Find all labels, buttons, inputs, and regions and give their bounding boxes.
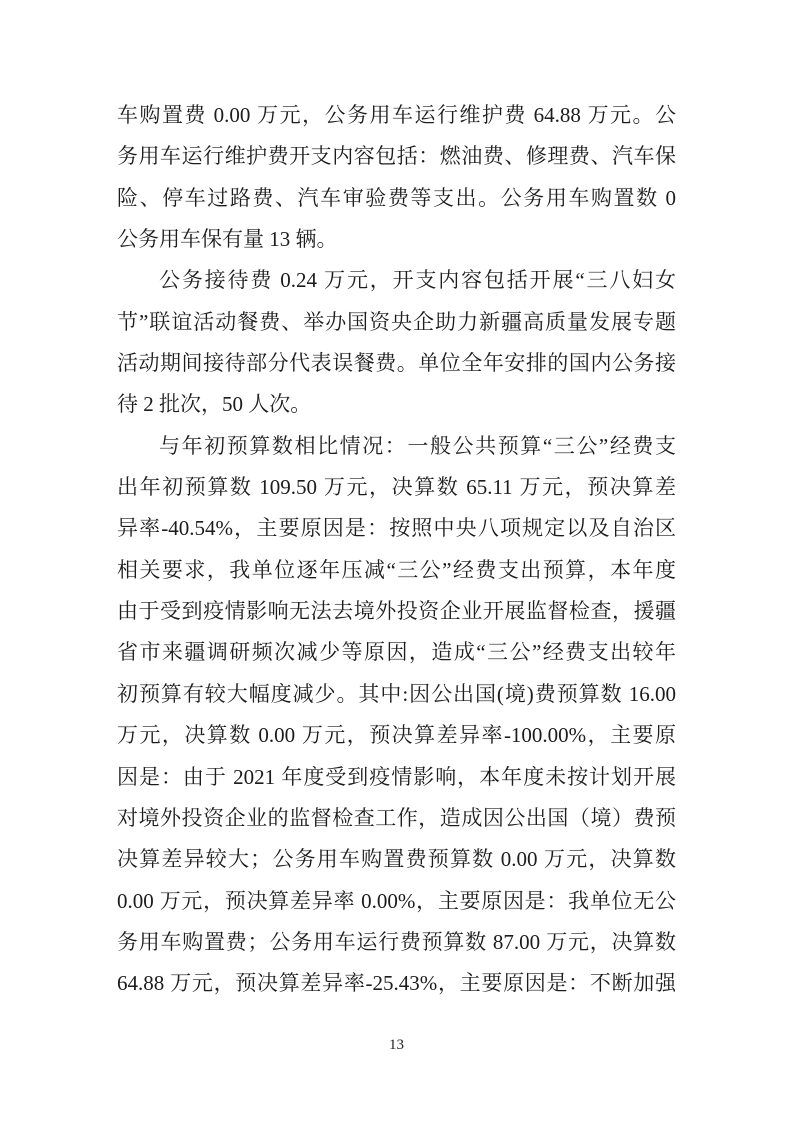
text-line: 务用车购置费；公务用车运行费预算数 87.00 万元，决算数	[117, 922, 676, 963]
text-line: 相关要求，我单位逐年压减“三公”经费支出预算，本年度	[117, 550, 676, 591]
text-line: 由于受到疫情影响无法去境外投资企业开展监督检查，援疆	[117, 591, 676, 632]
text-line: 节”联谊活动餐费、举办国资央企助力新疆高质量发展专题	[117, 302, 676, 343]
text-line: 车购置费 0.00 万元，公务用车运行维护费 64.88 万元。公	[117, 95, 676, 136]
document-page: 车购置费 0.00 万元，公务用车运行维护费 64.88 万元。公 务用车运行维…	[0, 0, 793, 1122]
text-line: 64.88 万元，预决算差异率-25.43%，主要原因是：不断加强	[117, 963, 676, 1004]
text-line: 省市来疆调研频次减少等原因，造成“三公”经费支出较年	[117, 632, 676, 673]
page-number: 13	[0, 1036, 793, 1054]
text-line: 出年初预算数 109.50 万元，决算数 65.11 万元，预决算差	[117, 467, 676, 508]
text-line: 万元，决算数 0.00 万元，预决算差异率-100.00%，主要原	[117, 715, 676, 756]
text-line: 0.00 万元，预决算差异率 0.00%，主要原因是：我单位无公	[117, 881, 676, 922]
text-line: 异率-40.54%，主要原因是：按照中央八项规定以及自治区	[117, 508, 676, 549]
text-line: 务用车运行维护费开支内容包括：燃油费、修理费、汽车保	[117, 136, 676, 177]
text-line: 因是：由于 2021 年度受到疫情影响，本年度未按计划开展	[117, 757, 676, 798]
text-line: 决算差异较大；公务用车购置费预算数 0.00 万元，决算数	[117, 839, 676, 880]
text-line: 活动期间接待部分代表误餐费。单位全年安排的国内公务接	[117, 343, 676, 384]
text-line: 公务接待费 0.24 万元，开支内容包括开展“三八妇女	[117, 260, 676, 301]
text-line: 初预算有较大幅度减少。其中:因公出国(境)费预算数 16.00	[117, 674, 676, 715]
document-body: 车购置费 0.00 万元，公务用车运行维护费 64.88 万元。公 务用车运行维…	[117, 95, 676, 1005]
text-line: 险、停车过路费、汽车审验费等支出。公务用车购置数 0 辆，	[117, 178, 676, 219]
text-line: 与年初预算数相比情况：一般公共预算“三公”经费支	[117, 426, 676, 467]
text-line: 对境外投资企业的监督检查工作，造成因公出国（境）费预	[117, 798, 676, 839]
text-line: 公务用车保有量 13 辆。	[117, 219, 676, 260]
text-line: 待 2 批次，50 人次。	[117, 384, 676, 425]
